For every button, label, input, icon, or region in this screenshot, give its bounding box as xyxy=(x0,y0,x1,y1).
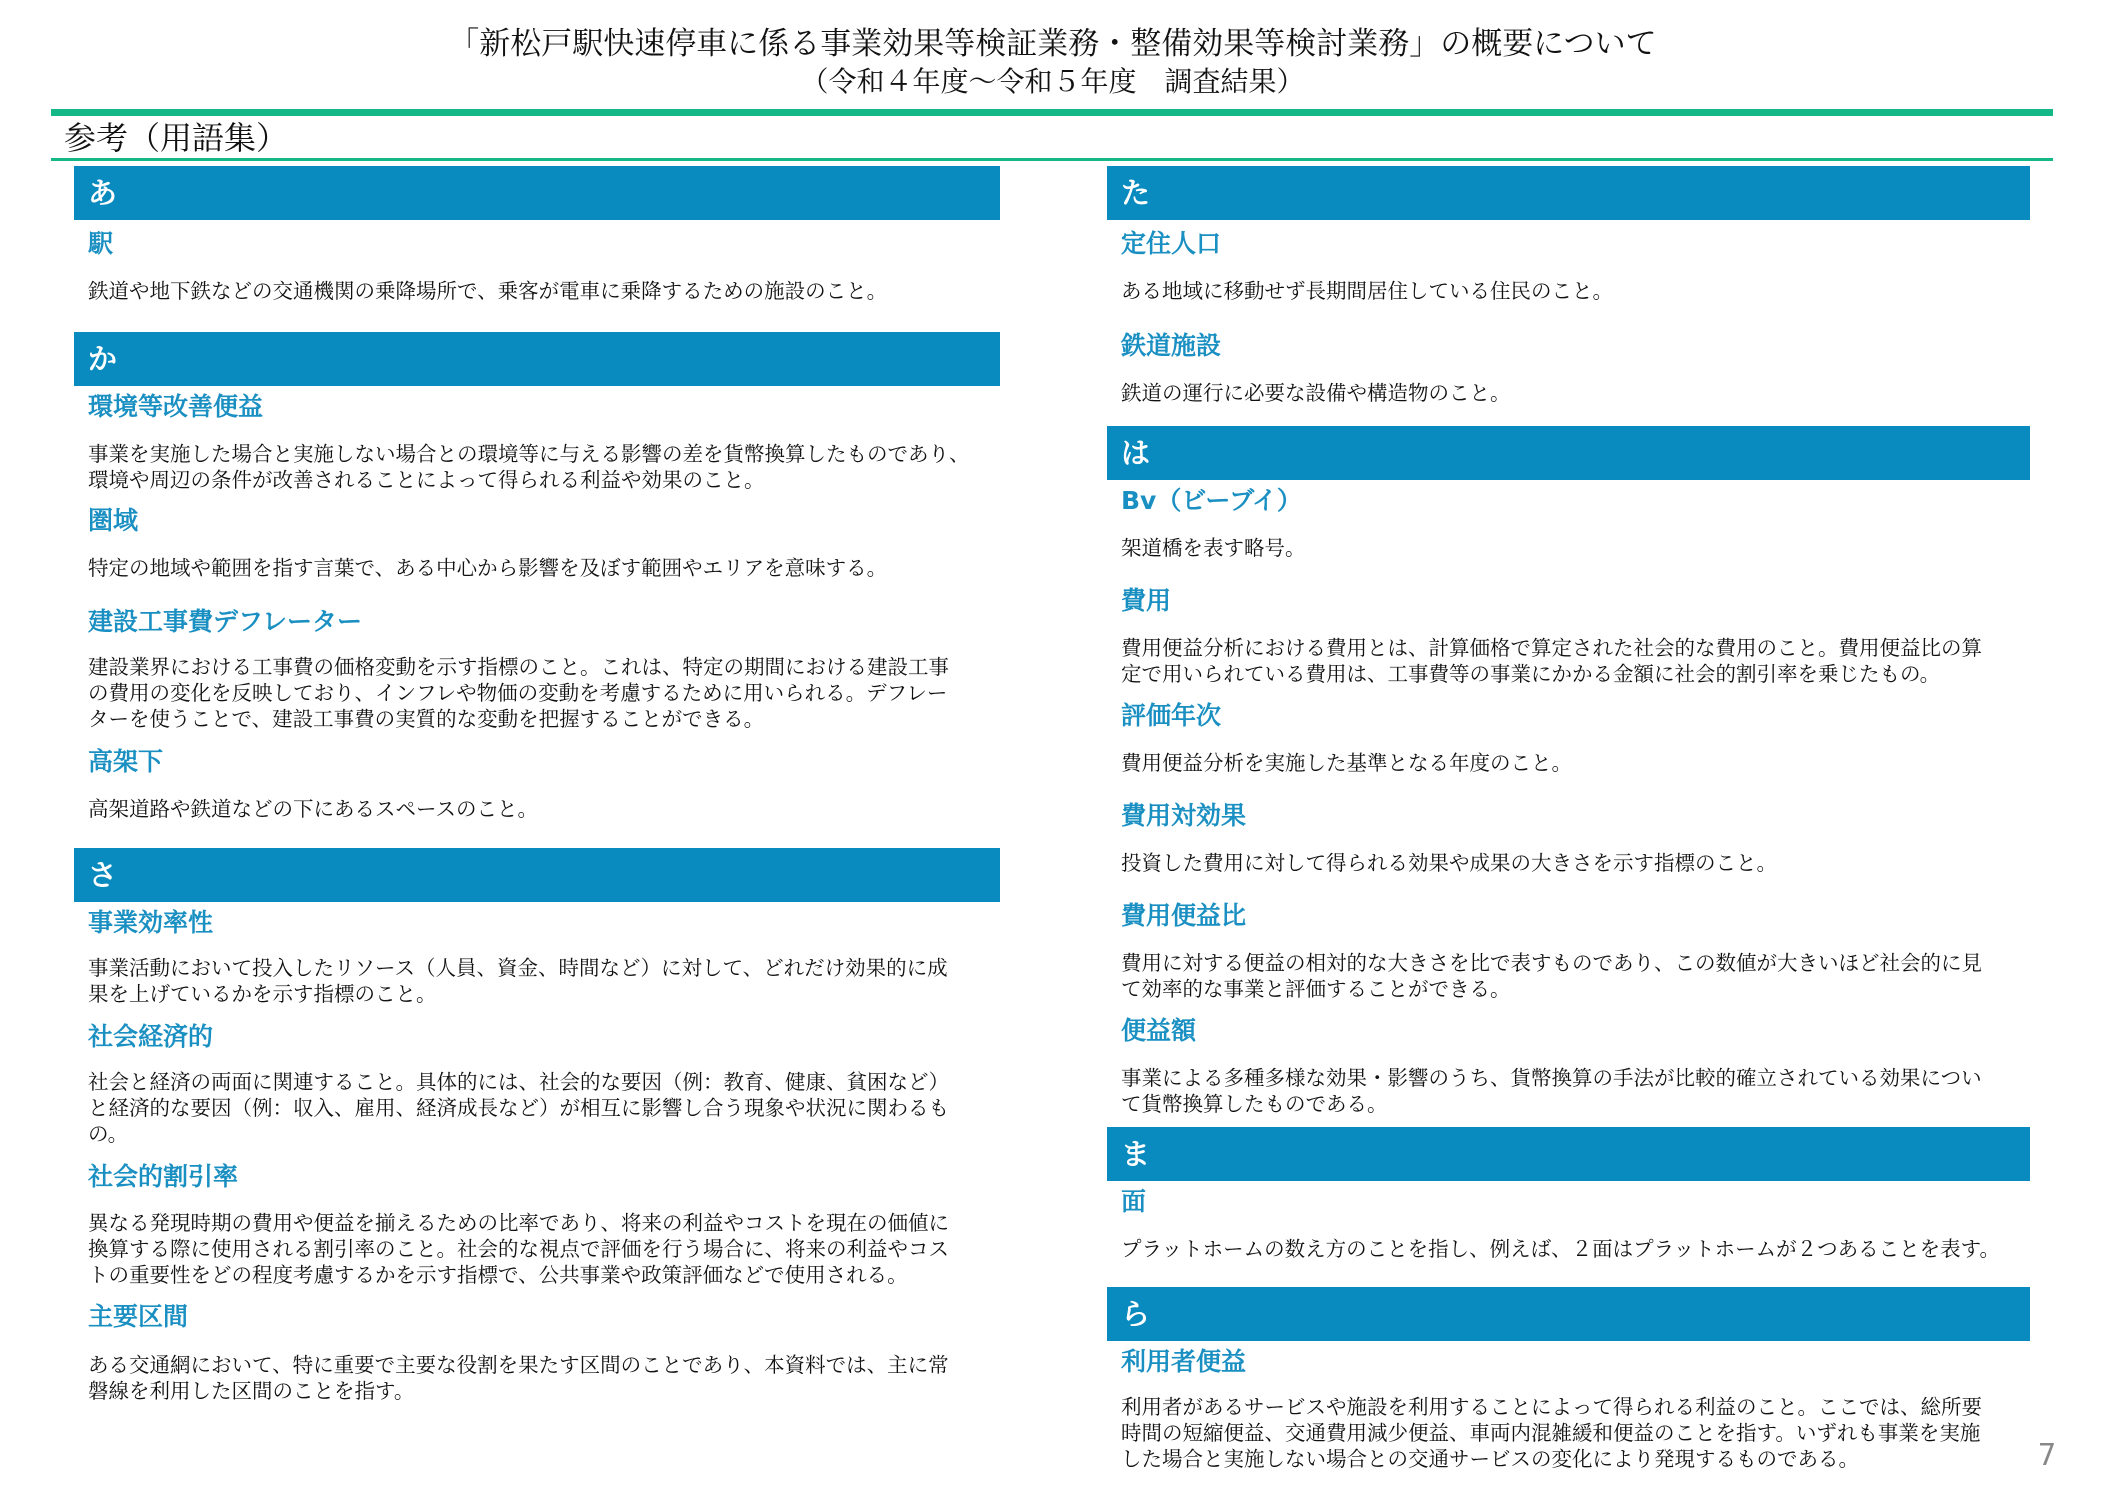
glossary-term: 主要区間 xyxy=(88,1301,188,1333)
glossary-term: 圏域 xyxy=(88,505,138,537)
glossary-definition: ある交通網において、特に重要で主要な役割を果たす区間のことであり、本資料では、主… xyxy=(88,1352,994,1404)
glossary-term: 建設工事費デフレーター xyxy=(88,606,362,638)
kana-header-ma: ま xyxy=(1107,1127,2030,1181)
glossary-term: 費用 xyxy=(1121,585,1171,617)
glossary-definition: 事業による多種多様な効果・影響のうち、貨幣換算の手法が比較的確立されている効果に… xyxy=(1121,1065,2024,1117)
document-title: 「新松戸駅快速停車に係る事業効果等検証業務・整備効果等検討業務」の概要について xyxy=(0,26,2105,62)
glossary-term: 費用便益比 xyxy=(1121,900,1246,932)
glossary-term: 事業効率性 xyxy=(88,907,213,939)
kana-header-ra: ら xyxy=(1107,1287,2030,1341)
kana-header-ta: た xyxy=(1107,166,2030,220)
section-title: 参考（用語集） xyxy=(64,118,288,158)
header-rule-thick xyxy=(51,109,2053,116)
glossary-definition: 鉄道や地下鉄などの交通機関の乗降場所で、乗客が電車に乗降するための施設のこと。 xyxy=(88,278,994,304)
kana-header-ka: か xyxy=(74,332,1000,386)
glossary-definition: 特定の地域や範囲を指す言葉で、ある中心から影響を及ぼす範囲やエリアを意味する。 xyxy=(88,555,994,581)
glossary-term: 社会的割引率 xyxy=(88,1161,238,1193)
glossary-definition: 事業を実施した場合と実施しない場合との環境等に与える影響の差を貨幣換算したもので… xyxy=(88,441,994,493)
glossary-definition: 費用便益分析における費用とは、計算価格で算定された社会的な費用のこと。費用便益比… xyxy=(1121,635,2024,687)
glossary-definition: 利用者があるサービスや施設を利用することによって得られる利益のこと。ここでは、総… xyxy=(1121,1394,2024,1472)
glossary-definition: 建設業界における工事費の価格変動を示す指標のこと。これは、特定の期間における建設… xyxy=(88,654,994,732)
glossary-term: 環境等改善便益 xyxy=(88,391,263,423)
glossary-term: 社会経済的 xyxy=(88,1021,213,1053)
glossary-term: 鉄道施設 xyxy=(1121,330,1221,362)
glossary-term: 利用者便益 xyxy=(1121,1346,1246,1378)
glossary-term: 評価年次 xyxy=(1121,700,1221,732)
glossary-definition: 事業活動において投入したリソース（人員、資金、時間など）に対して、どれだけ効果的… xyxy=(88,955,994,1007)
page-number: 7 xyxy=(2038,1438,2056,1473)
glossary-term: 駅 xyxy=(88,228,113,260)
glossary-term: 定住人口 xyxy=(1121,228,1221,260)
glossary-definition: ある地域に移動せず長期間居住している住民のこと。 xyxy=(1121,278,2024,304)
kana-header-sa: さ xyxy=(74,848,1000,902)
glossary-definition: 投資した費用に対して得られる効果や成果の大きさを示す指標のこと。 xyxy=(1121,850,2024,876)
glossary-definition: 社会と経済の両面に関連すること。具体的には、社会的な要因（例：教育、健康、貧困な… xyxy=(88,1069,994,1147)
glossary-definition: 費用便益分析を実施した基準となる年度のこと。 xyxy=(1121,750,2024,776)
glossary-term: 面 xyxy=(1121,1186,1146,1218)
glossary-definition: 異なる発現時期の費用や便益を揃えるための比率であり、将来の利益やコストを現在の価… xyxy=(88,1210,994,1288)
glossary-term: 費用対効果 xyxy=(1121,800,1246,832)
kana-header-ha: は xyxy=(1107,426,2030,480)
glossary-definition: 高架道路や鉄道などの下にあるスペースのこと。 xyxy=(88,796,994,822)
document-subtitle: （令和４年度～令和５年度 調査結果） xyxy=(0,64,2105,100)
glossary-term: Bv（ビーブイ） xyxy=(1121,485,1302,517)
glossary-term: 高架下 xyxy=(88,746,163,778)
glossary-definition: 費用に対する便益の相対的な大きさを比で表すものであり、この数値が大きいほど社会的… xyxy=(1121,950,2024,1002)
header-rule-thin xyxy=(51,158,2053,161)
glossary-definition: プラットホームの数え方のことを指し、例えば、２面はプラットホームが２つあることを… xyxy=(1121,1236,2024,1262)
kana-header-a: あ xyxy=(74,166,1000,220)
glossary-definition: 架道橋を表す略号。 xyxy=(1121,535,2024,561)
glossary-term: 便益額 xyxy=(1121,1015,1196,1047)
glossary-definition: 鉄道の運行に必要な設備や構造物のこと。 xyxy=(1121,380,2024,406)
